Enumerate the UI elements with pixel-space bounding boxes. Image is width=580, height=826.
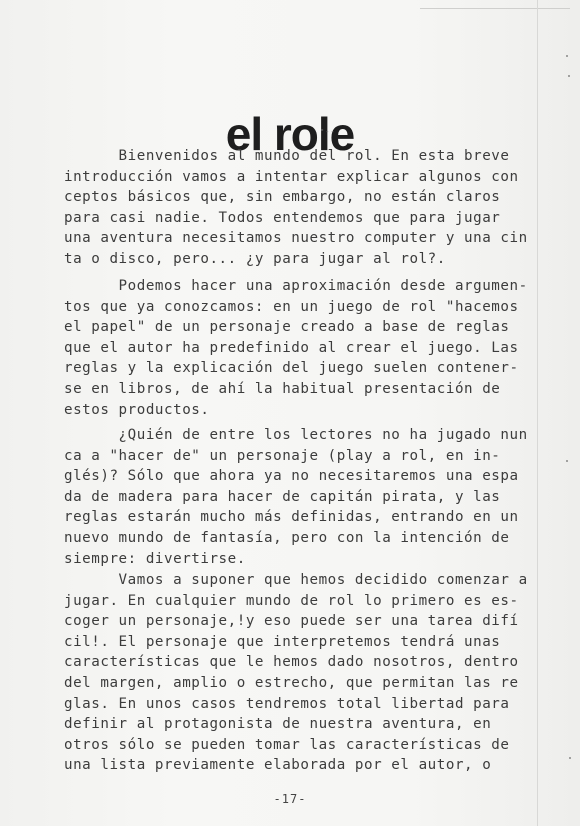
text-line: da de madera para hacer de capitán pirat… xyxy=(64,487,534,508)
text-line: ceptos básicos que, sin embargo, no está… xyxy=(64,187,534,208)
text-line: ta o disco, pero... ¿y para jugar al rol… xyxy=(64,249,534,270)
text-line: reglas estarán mucho más definidas, entr… xyxy=(64,507,534,528)
text-line: reglas y la explicación del juego suelen… xyxy=(64,358,534,379)
scan-speck xyxy=(569,757,571,759)
scan-speck xyxy=(568,75,570,77)
text-line: definir al protagonista de nuestra avent… xyxy=(64,714,534,735)
text-line: siempre: divertirse. xyxy=(64,549,534,570)
paragraph-4: Vamos a suponer que hemos decidido comen… xyxy=(64,570,534,776)
page-number: -17- xyxy=(0,792,580,806)
paragraph-3: ¿Quién de entre los lectores no ha jugad… xyxy=(64,425,534,569)
text-line: glas. En unos casos tendremos total libe… xyxy=(64,694,534,715)
scan-speck xyxy=(566,55,568,57)
text-line: jugar. En cualquier mundo de rol lo prim… xyxy=(64,591,534,612)
text-line: tos que ya conozcamos: en un juego de ro… xyxy=(64,297,534,318)
paragraph-1: Bienvenidos al mundo del rol. En esta br… xyxy=(64,146,534,270)
text-line: nuevo mundo de fantasía, pero con la int… xyxy=(64,528,534,549)
text-line: el papel" de un personaje creado a base … xyxy=(64,317,534,338)
text-line: se en libros, de ahí la habitual present… xyxy=(64,379,534,400)
text-line: que el autor ha predefinido al crear el … xyxy=(64,338,534,359)
text-line: para casi nadie. Todos entendemos que pa… xyxy=(64,208,534,229)
scan-speck xyxy=(566,460,568,462)
text-line: ca a "hacer de" un personaje (play a rol… xyxy=(64,446,534,467)
text-line: glés)? Sólo que ahora ya no necesitaremo… xyxy=(64,466,534,487)
title-mark: "-- xyxy=(320,128,336,136)
text-line: estos productos. xyxy=(64,400,534,421)
text-line: ¿Quién de entre los lectores no ha jugad… xyxy=(64,425,534,446)
text-line: características que le hemos dado nosotr… xyxy=(64,652,534,673)
text-line: del margen, amplio o estrecho, que permi… xyxy=(64,673,534,694)
text-line: coger un personaje,!y eso puede ser una … xyxy=(64,611,534,632)
text-line: introducción vamos a intentar explicar a… xyxy=(64,167,534,188)
text-line: una aventura necesitamos nuestro compute… xyxy=(64,228,534,249)
text-line: cil!. El personaje que interpretemos ten… xyxy=(64,632,534,653)
text-line: Vamos a suponer que hemos decidido comen… xyxy=(64,570,534,591)
paragraph-2: Podemos hacer una aproximación desde arg… xyxy=(64,276,534,420)
scanned-page: el role "-- Bienvenidos al mundo del rol… xyxy=(0,0,580,826)
text-line: Podemos hacer una aproximación desde arg… xyxy=(64,276,534,297)
text-line: Bienvenidos al mundo del rol. En esta br… xyxy=(64,146,534,167)
page-edge-line xyxy=(420,8,570,9)
text-line: otros sólo se pueden tomar las caracterí… xyxy=(64,735,534,756)
text-line: una lista previamente elaborada por el a… xyxy=(64,755,534,776)
